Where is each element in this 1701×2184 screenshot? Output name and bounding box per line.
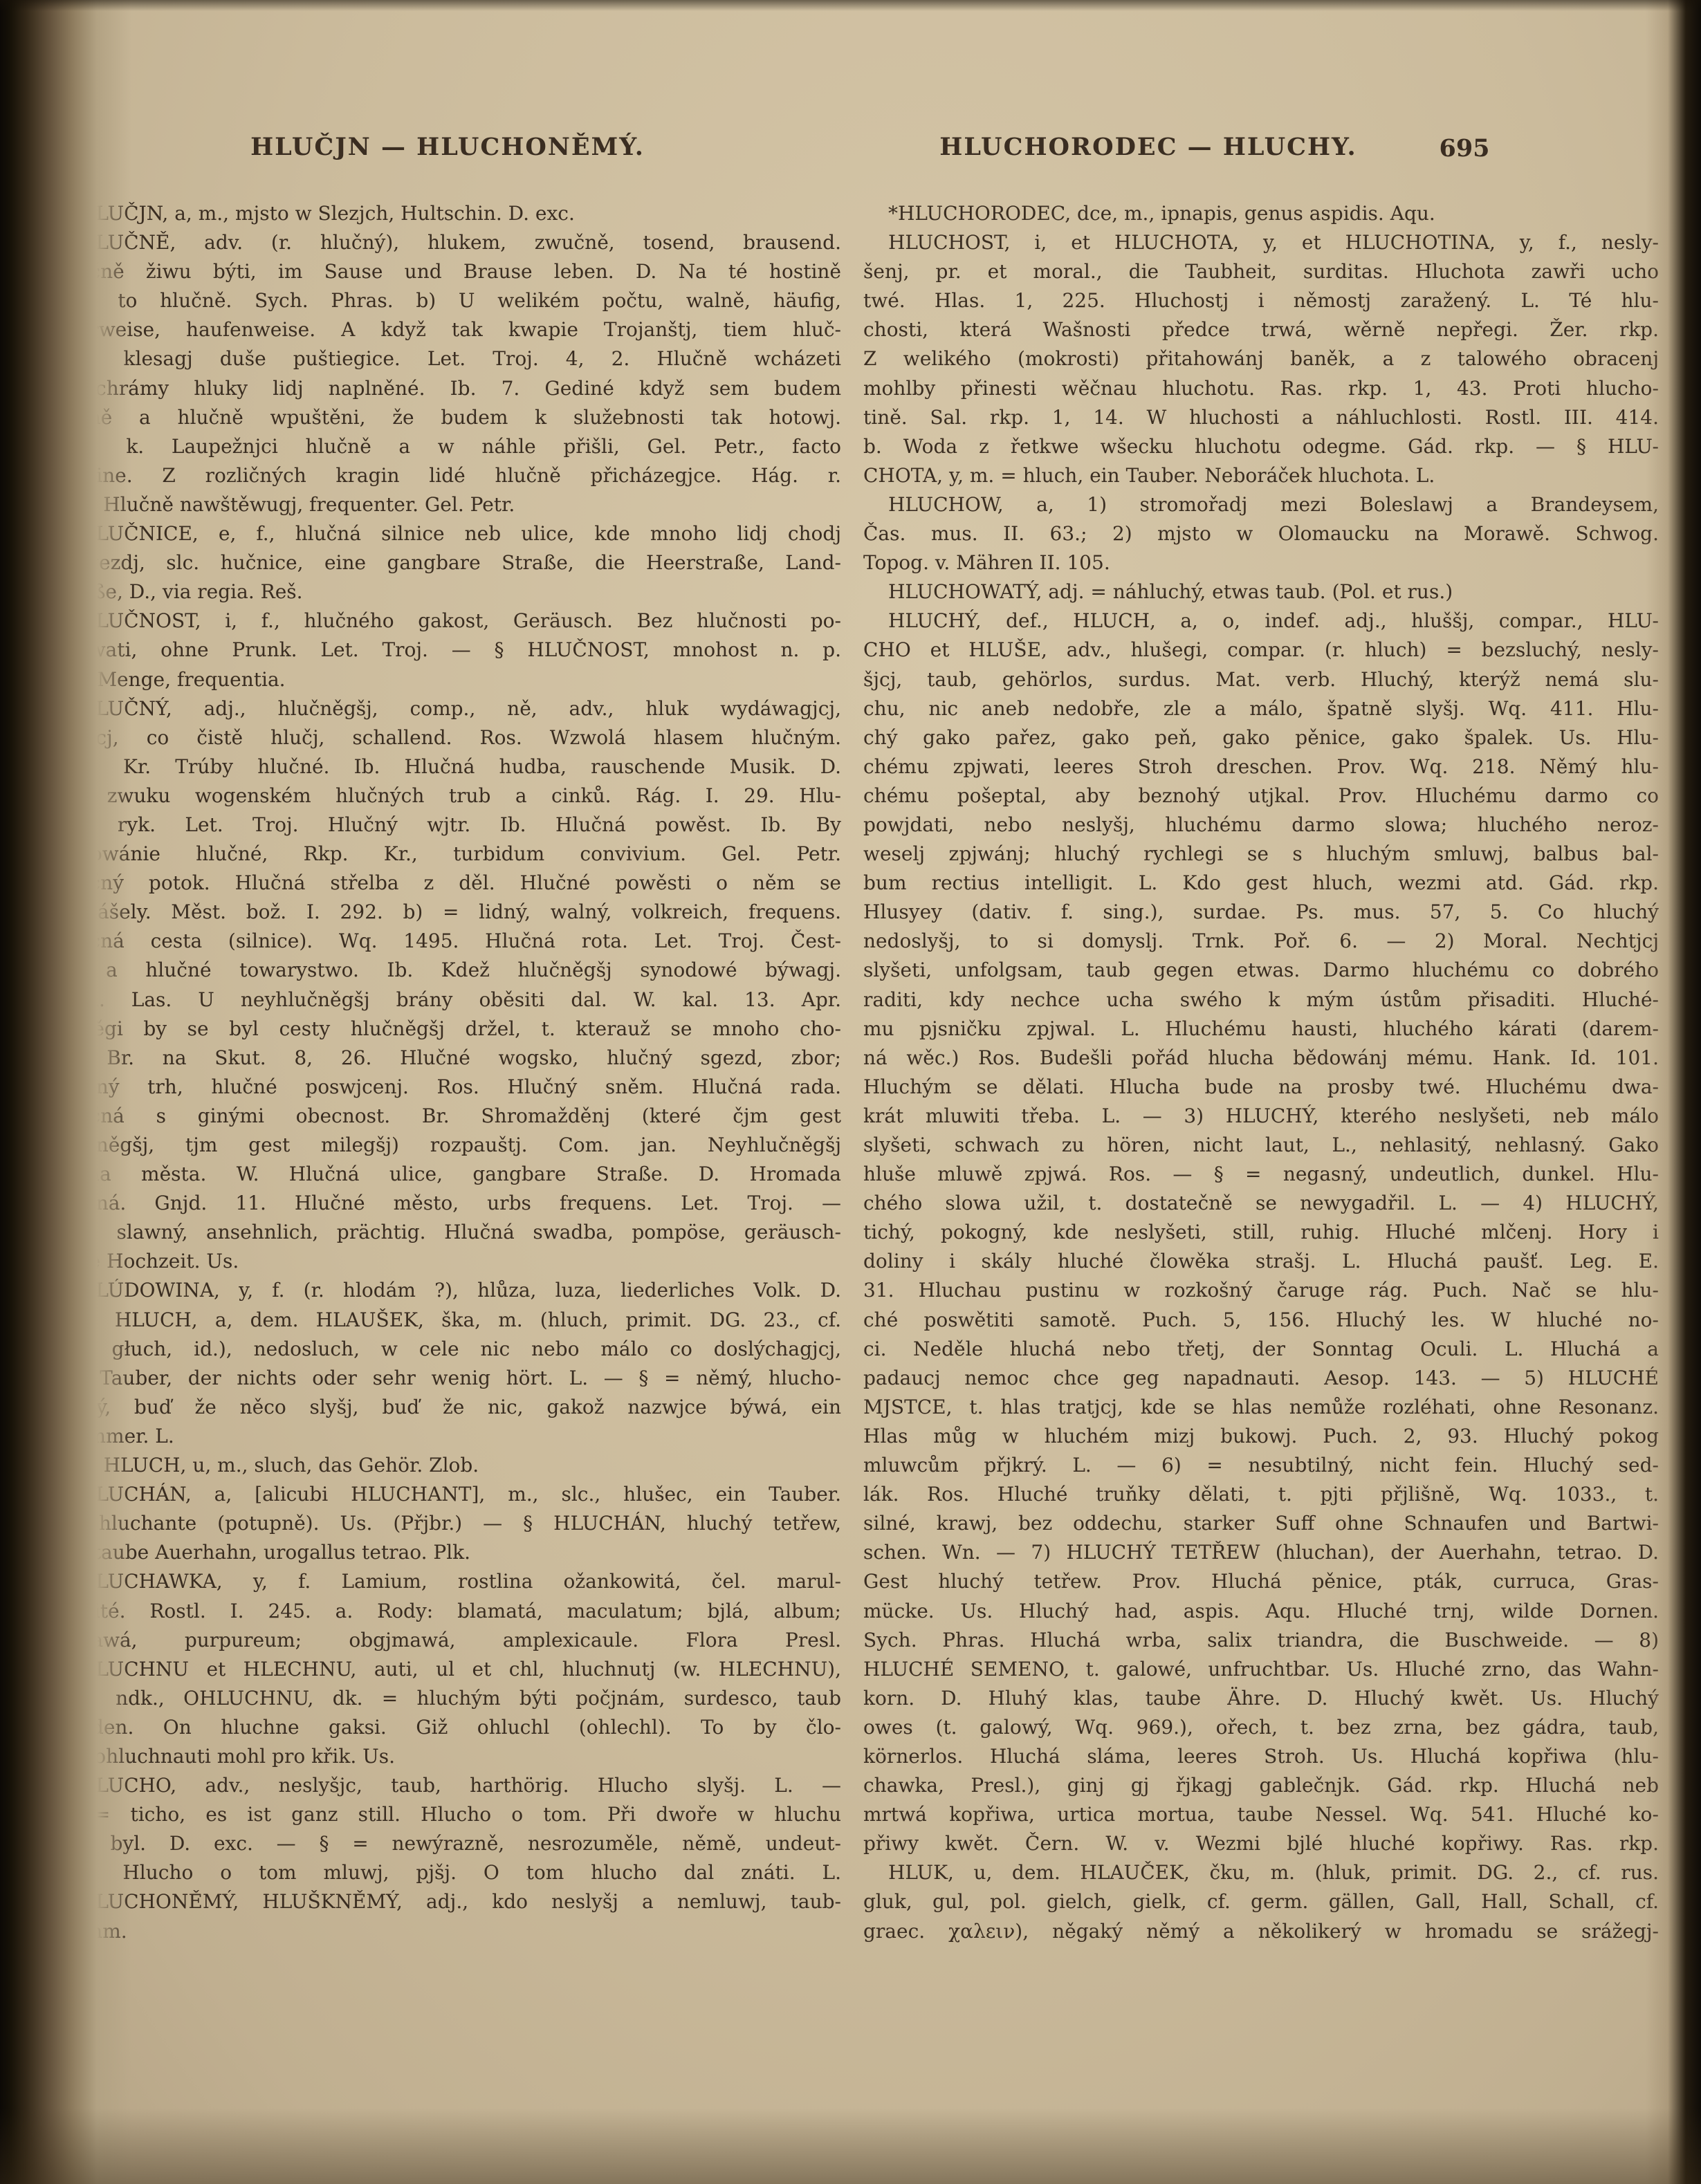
text-line: graec. χαλειν), něgaký němý a několikerý…: [863, 1917, 1659, 1946]
text-line: HLUK, u, dem. HLAUČEK, čku, m. (hluk, pr…: [863, 1858, 1659, 1887]
text-line: mu pjsničku zpjwal. L. Hluchému hausti, …: [863, 1015, 1659, 1044]
text-line: stumm.: [54, 1917, 841, 1946]
text-line: mluwcům přjkrý. L. — 6) = nesubtilný, ni…: [863, 1451, 1659, 1480]
text-line: a gezdj, slc. hučnice, eine gangbare Str…: [54, 548, 841, 577]
text-line: HLUCHÉ SEMENO, t. galowé, unfruchtbar. U…: [863, 1655, 1659, 1684]
text-line: HLUCHNU et HLECHNU, auti, ul et chl, hlu…: [54, 1655, 841, 1684]
text-line: 2. HLUCH, u, m., sluch, das Gehör. Zlob.: [54, 1451, 841, 1480]
text-line: HLUCHOST, i, et HLUCHOTA, y, et HLUCHOTI…: [863, 228, 1659, 257]
text-line: Rkp. Kr. Trúby hlučné. Ib. Hlučná hudba,…: [54, 752, 841, 781]
text-line: nedoslyšj, to si domyslj. Trnk. Poř. 6. …: [863, 927, 1659, 956]
text-line: hlučná. Gnjd. 11. Hlučné město, urbs fre…: [54, 1189, 841, 1218]
text-line: krwawá, purpureum; obgjmawá, amplexicaul…: [54, 1626, 841, 1655]
text-line: tichý, pokogný, kde neslyšeti, still, ru…: [863, 1218, 1659, 1247]
page-bottom-shadow: [0, 2108, 1701, 2184]
text-line: HLUČJN, a, m., mjsto w Slezjch, Hultschi…: [54, 199, 841, 228]
text-line: slyšeti, unfolgsam, taub gegen etwas. Da…: [863, 956, 1659, 985]
text-line: Hlučná s ginými obecnost. Br. Shromažděn…: [54, 1102, 841, 1131]
text-line: chému pošeptal, aby beznohý utjkal. Prov…: [863, 781, 1659, 811]
text-line: kowité. Rostl. I. 245. a. Rody: blamatá,…: [54, 1597, 841, 1626]
text-line: HLUČNOST, i, f., hlučného gakost, Geräus…: [54, 607, 841, 636]
text-line: né a hlučné towarystwo. Ib. Kdež hlučněg…: [54, 956, 841, 985]
text-line: HLUČNÝ, adj., hlučněgšj, comp., ně, adv.…: [54, 694, 841, 723]
text-line: Com. Las. U neyhlučněgšj brány oběsiti d…: [54, 985, 841, 1015]
text-line: žiw byl. D. exc. — § = newýrazně, nesroz…: [54, 1829, 841, 1858]
text-line: chý gako pařez, gako peň, gako pěnice, g…: [863, 723, 1659, 752]
text-line: w chrámy hluky lidj naplněné. Ib. 7. Ged…: [54, 374, 841, 403]
text-line: HLÚDOWINA, y, f. (r. hlodám ?), hlůza, l…: [54, 1276, 841, 1305]
text-line: hlučný trh, hlučné poswjcenj. Ros. Hlučn…: [54, 1073, 841, 1102]
text-line: raditi, kdy nechce ucha swého k mým ústů…: [863, 985, 1659, 1015]
text-line: chosti, která Wašnosti předce trwá, wěrn…: [863, 315, 1659, 344]
text-column-left: HLUČJN, a, m., mjsto w Slezjch, Hultschi…: [54, 199, 841, 1946]
text-line: volle Hochzeit. Us.: [54, 1247, 841, 1276]
text-line: Hlučný potok. Hlučná střelba z děl. Hluč…: [54, 869, 841, 898]
text-line: 2) = ticho, es ist ganz still. Hlucho o …: [54, 1800, 841, 1829]
text-line: HLUCHAWKA, y, f. Lamium, rostlina ožanko…: [54, 1567, 841, 1596]
text-line: 1. HLUCH, a, dem. HLAUŠEK, ška, m. (hluc…: [54, 1306, 841, 1335]
text-line: *HLUCHORODEC, dce, m., ipnapis, genus as…: [863, 199, 1659, 228]
text-line: lidj, Menge, frequentia.: [54, 665, 841, 694]
text-line: ná wěc.) Ros. Budešli pořád hlucha bědow…: [863, 1044, 1659, 1073]
text-line: slyšeti, schwach zu hören, nicht laut, L…: [863, 1131, 1659, 1160]
text-line: paarweise, haufenweise. A když tak kwapi…: [54, 315, 841, 344]
text-line: Bolf. k. Laupežnjci hlučně a w náhle při…: [54, 432, 841, 461]
text-line: Stummer. L.: [54, 1422, 841, 1451]
page-top-shadow: [0, 0, 1701, 11]
text-line: MJSTCE, t. hlas tratjcj, kde se hlas nem…: [863, 1393, 1659, 1422]
text-line: hodowánie hlučné, Rkp. Kr., turbidum con…: [54, 840, 841, 869]
text-line: schen. Wn. — 7) HLUCHÝ TETŘEW (hluchan),…: [863, 1538, 1659, 1567]
text-line: hlučněgšj, tjm gest milegšj) rozpauštj. …: [54, 1131, 841, 1160]
text-line: HLUČNĚ, adv. (r. hlučný), hlukem, zwučně…: [54, 228, 841, 257]
text-line: straße, D., via regia. Reš.: [54, 577, 841, 607]
text-line: lich. Hlucho o tom mluwj, pjšj. O tom hl…: [54, 1858, 841, 1887]
text-line: HLUCHOW, a, 1) stromořadj mezi Boleslawj…: [863, 490, 1659, 519]
running-head-right: HLUCHORODEC — HLUCHY.: [861, 133, 1435, 161]
text-line: lák. Ros. Hluché truňky dělati, t. pjti …: [863, 1480, 1659, 1509]
book-page: HLUČJN — HLUCHONĚMÝ. HLUCHORODEC — HLUCH…: [0, 0, 1701, 2184]
text-line: Hluchým se dělati. Hlucha bude na prosby…: [863, 1073, 1659, 1102]
text-line: HLUCHO, adv., neslyšjc, taub, harthörig.…: [54, 1771, 841, 1800]
text-line: pol. głuch, id.), nedosluch, w cele nic …: [54, 1335, 841, 1364]
text-line: HLUČNICE, e, f., hlučná silnice neb ulic…: [54, 519, 841, 548]
text-line: čný ryk. Let. Troj. Hlučný wjtr. Ib. Hlu…: [54, 811, 841, 840]
text-line: agmine. Z rozličných kragin lidé hlučně …: [54, 461, 841, 490]
text-line: chu, nic aneb nedobře, zle a málo, špatn…: [863, 694, 1659, 723]
text-line: körnerlos. Hluchá sláma, leeres Stroh. U…: [863, 1742, 1659, 1771]
text-line: walně a hlučně wpuštěni, že budem k služ…: [54, 403, 841, 432]
text-line: HLUCHÝ, def., HLUCH, a, o, indef. adj., …: [863, 607, 1659, 636]
text-line: der taube Auerhahn, urogallus tetrao. Pl…: [54, 1538, 841, 1567]
text-line: Raděgi by se byl cesty hlučněgšj držel, …: [54, 1015, 841, 1044]
text-line: chého slowa užil, t. dostatečně se newyg…: [863, 1189, 1659, 1218]
text-line: ngk. ndk., OHLUCHNU, dk. = hluchým býti …: [54, 1684, 841, 1713]
text-line: hučjcj, co čistě hlučj, schallend. Ros. …: [54, 723, 841, 752]
text-line: Sych. Phras. Hluchá wrba, salix triandra…: [863, 1626, 1659, 1655]
text-line: CHO et HLUŠE, adv., hlušegi, compar. (r.…: [863, 636, 1659, 665]
text-line: Topog. v. Mähren II. 105.: [863, 548, 1659, 577]
text-line: CHOTA, y, m. = hluch, ein Tauber. Neborá…: [863, 461, 1659, 490]
text-line: mücke. Us. Hluchý had, aspis. Aqu. Hluch…: [863, 1597, 1659, 1626]
text-line: bum rectius intelligit. L. Kdo gest hluc…: [863, 869, 1659, 898]
text-line: Hlučně žiwu býti, im Sause und Brause le…: [54, 257, 841, 286]
text-line: tině. Sal. rkp. 1, 14. W hluchosti a náh…: [863, 403, 1659, 432]
text-line: Čas. mus. II. 63.; 2) mjsto w Olomaucku …: [863, 519, 1659, 548]
text-line: Hlučná cesta (silnice). Wq. 1495. Hlučná…: [54, 927, 841, 956]
text-line: mohlby přinesti wěčnau hluchotu. Ras. rk…: [863, 374, 1659, 403]
text-line: němý, buď že něco slyšj, buď že nic, gak…: [54, 1393, 841, 1422]
text-line: šjcj, taub, gehörlos, surdus. Mat. verb.…: [863, 665, 1659, 694]
text-line: HLUCHOWATÝ, adj. = náhluchý, etwas taub.…: [863, 577, 1659, 607]
text-line: HLUCHÁN, a, [alicubi HLUCHANT], m., slc.…: [54, 1480, 841, 1509]
text-line: dj. Br. na Skut. 8, 26. Hlučné wogsko, h…: [54, 1044, 841, 1073]
text-line: weselj zpjwánj; hluchý rychlegi se s hlu…: [863, 840, 1659, 869]
text-line: b. Woda z řetkwe wšecku hluchotu odegme.…: [863, 432, 1659, 461]
page-number: 695: [1419, 134, 1509, 163]
text-line: ein Tauber, der nichts oder sehr wenig h…: [54, 1364, 841, 1393]
text-line: chowati, ohne Prunk. Let. Troj. — § HLUČ…: [54, 636, 841, 665]
text-line: 443. Hlučně nawštěwugj, frequenter. Gel.…: [54, 490, 841, 519]
text-line: něgi klesagj duše puštiegice. Let. Troj.…: [54, 344, 841, 373]
text-line: owes (t. galowý, Wq. 969.), ořech, t. be…: [863, 1713, 1659, 1742]
text-line: twé. Hlas. 1, 225. Hluchostj i němostj z…: [863, 286, 1659, 315]
text-line: věk ohluchnauti mohl pro křik. Us.: [54, 1742, 841, 1771]
text-line: padaucj nemoc chce geg napadnauti. Aesop…: [863, 1364, 1659, 1393]
text-line: šenj, pr. et moral., die Taubheit, surdi…: [863, 257, 1659, 286]
text-line: § = slawný, ansehnlich, prächtig. Hlučná…: [54, 1218, 841, 1247]
text-line: Při zwuku wogenském hlučných trub a cink…: [54, 781, 841, 811]
text-line: werden. On hluchne gaksi. Giž ohluchl (o…: [54, 1713, 841, 1742]
text-line: powjdati, nebo neslyšj, hluchému darmo s…: [863, 811, 1659, 840]
text-line: HLUCHONĚMÝ, HLUŠKNĚMÝ, adj., kdo neslyšj…: [54, 1887, 841, 1916]
text-line: brána města. W. Hlučná ulice, gangbare S…: [54, 1160, 841, 1189]
text-line: korn. D. Hluhý klas, taube Ähre. D. Hluc…: [863, 1684, 1659, 1713]
text-line: doliny i skály hluché člowěka strašj. L.…: [863, 1247, 1659, 1276]
text-line: Hlusyey (dativ. f. sing.), surdae. Ps. m…: [863, 898, 1659, 927]
text-line: chawka, Presl.), ginj gj řjkagj gablečnj…: [863, 1771, 1659, 1800]
text-line: Ay hluchante (potupně). Us. (Přjbr.) — §…: [54, 1509, 841, 1538]
text-line: Hlas můg w hluchém mizj bukowj. Puch. 2,…: [863, 1422, 1659, 1451]
text-line: krát mluwiti třeba. L. — 3) HLUCHÝ, kter…: [863, 1102, 1659, 1131]
text-line: bylo to hlučně. Sych. Phras. b) U weliké…: [54, 286, 841, 315]
text-line: hluše mluwě zpjwá. Ros. — § = negasný, u…: [863, 1160, 1659, 1189]
text-line: Z welikého (mokrosti) přitahowánj baněk,…: [863, 344, 1659, 373]
running-head-left: HLUČJN — HLUCHONĚMÝ.: [54, 133, 841, 161]
text-line: gluk, gul, pol. gielch, gielk, cf. germ.…: [863, 1887, 1659, 1916]
text-line: přiwy kwět. Čern. W. v. Wezmi bjlé hluch…: [863, 1829, 1659, 1858]
text-line: mrtwá kopřiwa, urtica mortua, taube Ness…: [863, 1800, 1659, 1829]
text-line: silné, krawj, bez oddechu, starker Suff …: [863, 1509, 1659, 1538]
text-line: 31. Hluchau pustinu w rozkošný čaruge rá…: [863, 1276, 1659, 1305]
text-line: chému zpjwati, leeres Stroh dreschen. Pr…: [863, 752, 1659, 781]
text-line: ché poswětiti samotě. Puch. 5, 156. Hluc…: [863, 1306, 1659, 1335]
text-line: ci. Neděle hluchá nebo třetj, der Sonnta…: [863, 1335, 1659, 1364]
text-line: roznášely. Měst. bož. I. 292. b) = lidný…: [54, 898, 841, 927]
text-line: Gest hluchý tetřew. Prov. Hluchá pěnice,…: [863, 1567, 1659, 1596]
text-column-right: *HLUCHORODEC, dce, m., ipnapis, genus as…: [863, 199, 1659, 1946]
